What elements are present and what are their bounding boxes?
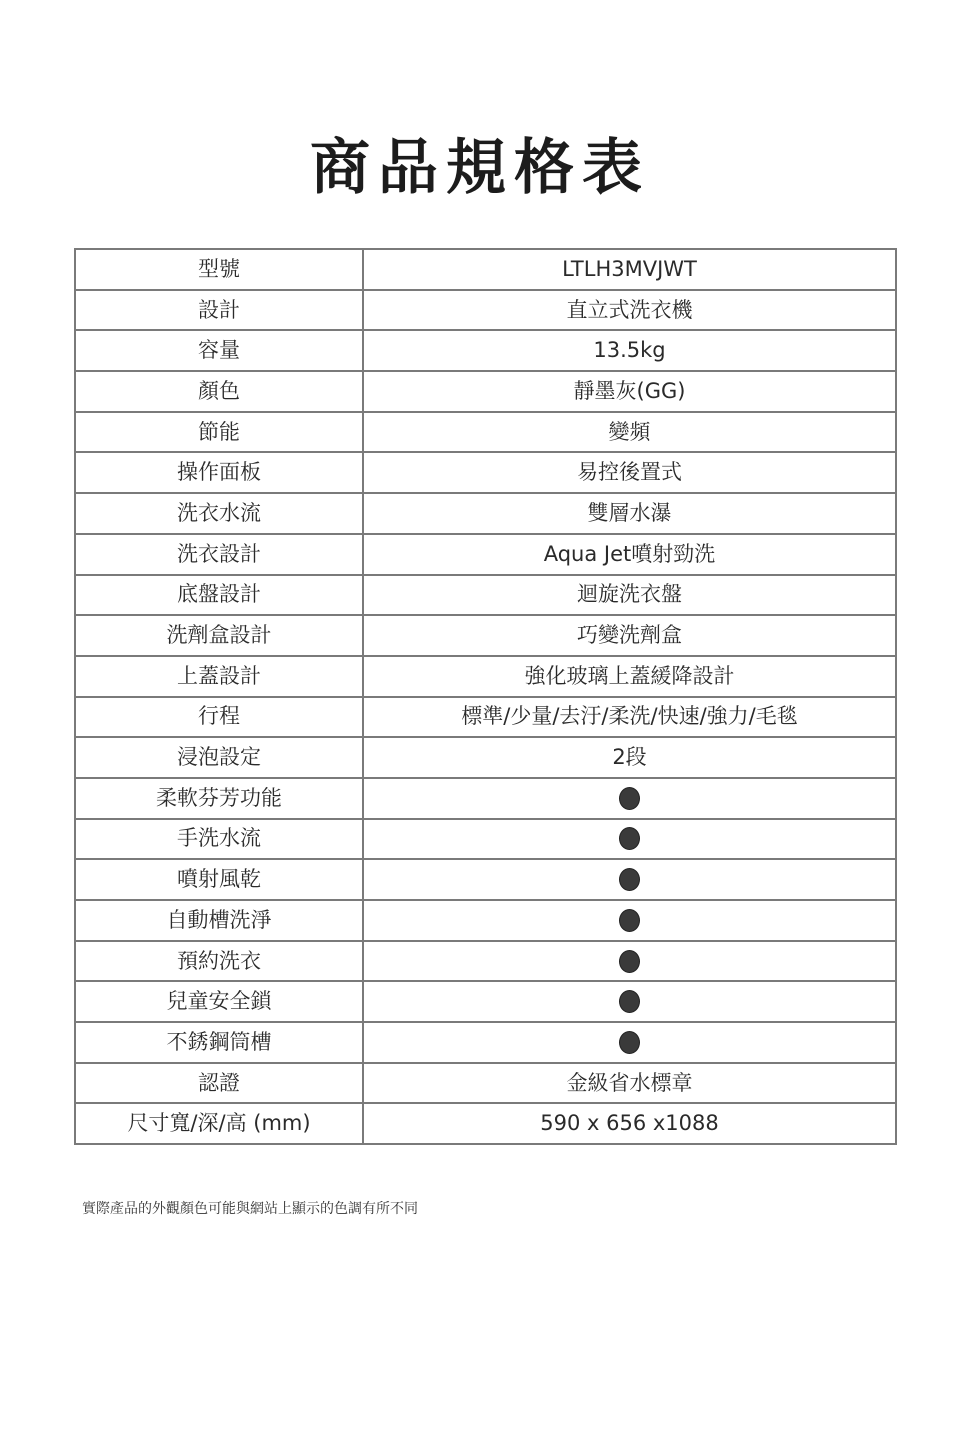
spec-label: 噴射風乾: [75, 859, 363, 900]
spec-value: [363, 819, 896, 860]
table-row: 洗衣設計Aqua Jet噴射勁洗: [75, 534, 896, 575]
spec-label: 容量: [75, 330, 363, 371]
table-row: 操作面板易控後置式: [75, 452, 896, 493]
table-row: 設計直立式洗衣機: [75, 290, 896, 331]
table-row: 洗劑盒設計巧變洗劑盒: [75, 615, 896, 656]
spec-value: 直立式洗衣機: [363, 290, 896, 331]
table-row: 洗衣水流雙層水瀑: [75, 493, 896, 534]
spec-label: 操作面板: [75, 452, 363, 493]
filled-circle-icon: [619, 990, 640, 1013]
table-row: 上蓋設計強化玻璃上蓋緩降設計: [75, 656, 896, 697]
filled-circle-icon: [619, 950, 640, 973]
spec-label: 洗衣設計: [75, 534, 363, 575]
spec-value: 13.5kg: [363, 330, 896, 371]
table-row: 兒童安全鎖: [75, 981, 896, 1022]
spec-value: LTLH3MVJWT: [363, 249, 896, 290]
spec-label: 手洗水流: [75, 819, 363, 860]
spec-value: [363, 941, 896, 982]
filled-circle-icon: [619, 1031, 640, 1054]
spec-label: 浸泡設定: [75, 737, 363, 778]
spec-value: 迴旋洗衣盤: [363, 575, 896, 616]
spec-label: 顏色: [75, 371, 363, 412]
table-row: 預約洗衣: [75, 941, 896, 982]
spec-label: 認證: [75, 1063, 363, 1104]
spec-value: [363, 778, 896, 819]
spec-value: 標準/少量/去汙/柔洗/快速/強力/毛毯: [363, 697, 896, 738]
spec-value: [363, 1022, 896, 1063]
filled-circle-icon: [619, 909, 640, 932]
spec-label: 柔軟芬芳功能: [75, 778, 363, 819]
spec-label: 設計: [75, 290, 363, 331]
spec-label: 洗劑盒設計: [75, 615, 363, 656]
filled-circle-icon: [619, 868, 640, 891]
table-row: 節能變頻: [75, 412, 896, 453]
spec-value: 靜墨灰(GG): [363, 371, 896, 412]
spec-label: 行程: [75, 697, 363, 738]
spec-value: 2段: [363, 737, 896, 778]
spec-table: 型號LTLH3MVJWT設計直立式洗衣機容量13.5kg顏色靜墨灰(GG)節能變…: [74, 248, 897, 1145]
spec-label: 兒童安全鎖: [75, 981, 363, 1022]
spec-label: 洗衣水流: [75, 493, 363, 534]
table-row: 自動槽洗淨: [75, 900, 896, 941]
spec-value: 590 x 656 x1088: [363, 1103, 896, 1144]
disclaimer-note: 實際產品的外觀顏色可能與網站上顯示的色調有所不同: [82, 1198, 418, 1218]
spec-label: 底盤設計: [75, 575, 363, 616]
table-row: 尺寸寬/深/高 (mm)590 x 656 x1088: [75, 1103, 896, 1144]
table-row: 顏色靜墨灰(GG): [75, 371, 896, 412]
table-row: 行程標準/少量/去汙/柔洗/快速/強力/毛毯: [75, 697, 896, 738]
table-row: 浸泡設定2段: [75, 737, 896, 778]
spec-value: [363, 981, 896, 1022]
filled-circle-icon: [619, 787, 640, 810]
table-row: 不銹鋼筒槽: [75, 1022, 896, 1063]
spec-label: 尺寸寬/深/高 (mm): [75, 1103, 363, 1144]
spec-value: 易控後置式: [363, 452, 896, 493]
spec-label: 預約洗衣: [75, 941, 363, 982]
spec-label: 自動槽洗淨: [75, 900, 363, 941]
spec-value: 金級省水標章: [363, 1063, 896, 1104]
table-row: 認證金級省水標章: [75, 1063, 896, 1104]
table-row: 容量13.5kg: [75, 330, 896, 371]
spec-value: 強化玻璃上蓋緩降設計: [363, 656, 896, 697]
spec-value: 變頻: [363, 412, 896, 453]
filled-circle-icon: [619, 827, 640, 850]
spec-value: 巧變洗劑盒: [363, 615, 896, 656]
table-row: 噴射風乾: [75, 859, 896, 900]
page-title: 商品規格表: [0, 128, 960, 208]
spec-label: 型號: [75, 249, 363, 290]
table-row: 手洗水流: [75, 819, 896, 860]
table-row: 柔軟芬芳功能: [75, 778, 896, 819]
spec-label: 節能: [75, 412, 363, 453]
spec-value: [363, 859, 896, 900]
spec-value: Aqua Jet噴射勁洗: [363, 534, 896, 575]
spec-value: 雙層水瀑: [363, 493, 896, 534]
table-row: 型號LTLH3MVJWT: [75, 249, 896, 290]
spec-value: [363, 900, 896, 941]
table-row: 底盤設計迴旋洗衣盤: [75, 575, 896, 616]
spec-label: 上蓋設計: [75, 656, 363, 697]
spec-label: 不銹鋼筒槽: [75, 1022, 363, 1063]
